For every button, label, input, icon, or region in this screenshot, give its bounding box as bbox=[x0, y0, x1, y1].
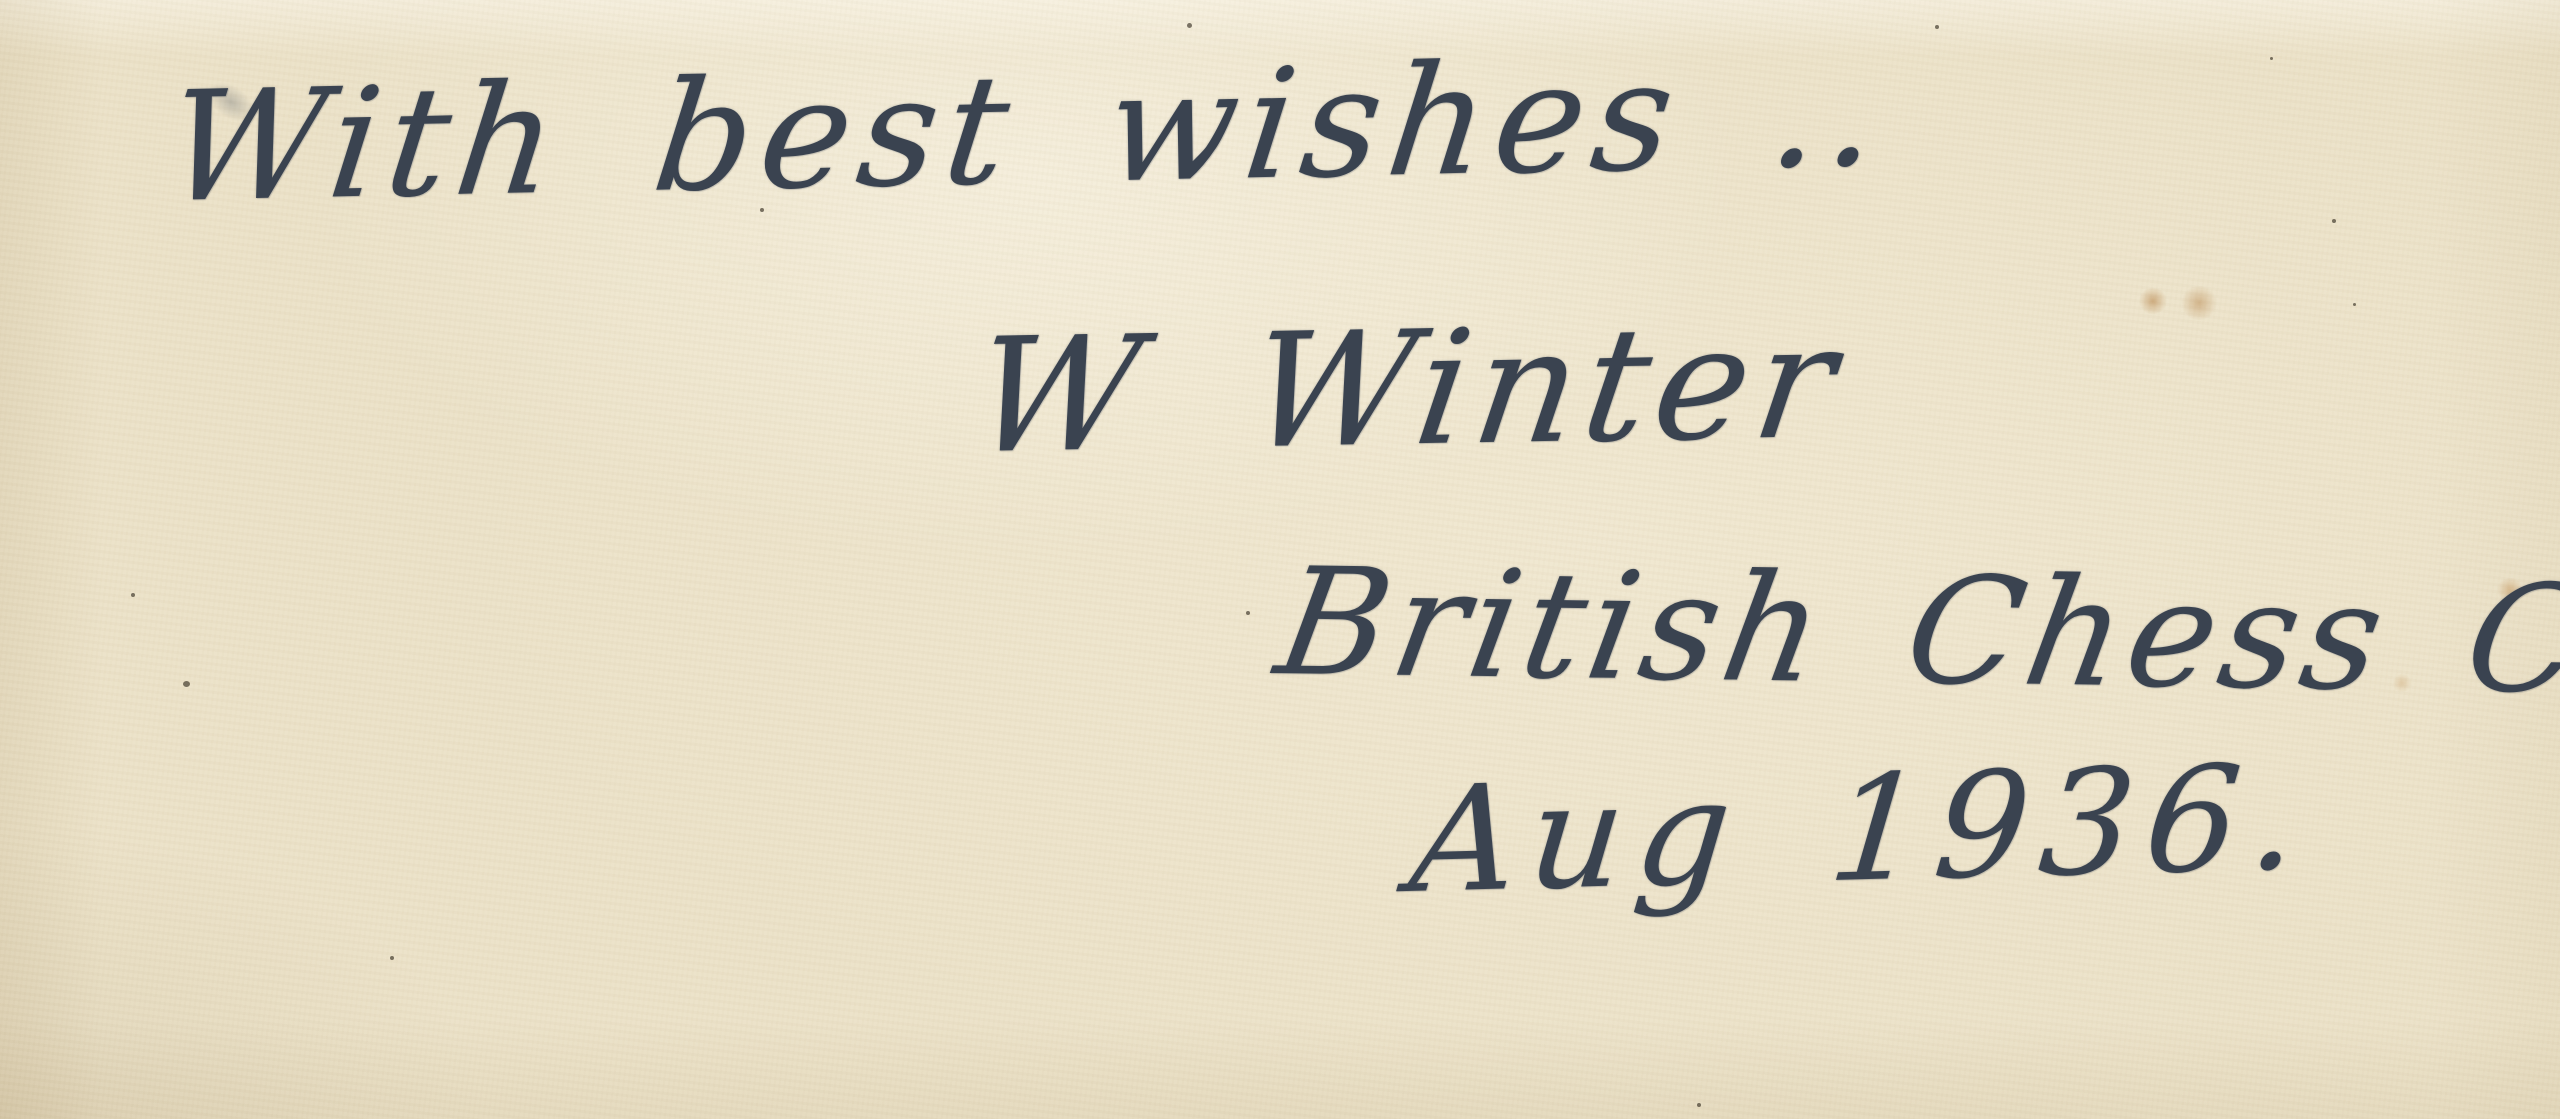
inscription-line-signature: W Winter bbox=[965, 303, 1851, 476]
paper-fleck bbox=[390, 956, 394, 960]
inscription-line-greeting: With best wishes .. bbox=[160, 36, 1894, 224]
inscription-line-date: Aug 1936. bbox=[1405, 745, 2317, 914]
paper-fleck bbox=[1187, 23, 1192, 28]
foxing-spot bbox=[2180, 286, 2218, 320]
paper-fleck bbox=[2332, 219, 2336, 223]
paper-fleck bbox=[2353, 303, 2356, 306]
paper-fleck bbox=[131, 593, 135, 597]
foxing-spot bbox=[2138, 288, 2168, 314]
paper-fleck bbox=[183, 681, 190, 687]
paper-fleck bbox=[1246, 611, 1250, 615]
paper-page: With best wishes .. W Winter British Che… bbox=[0, 0, 2560, 1119]
paper-fleck bbox=[2270, 57, 2273, 60]
inscription-line-title: British Chess Champion bbox=[1268, 548, 2560, 724]
paper-fleck bbox=[1697, 1103, 1701, 1107]
paper-fleck bbox=[1935, 25, 1939, 29]
